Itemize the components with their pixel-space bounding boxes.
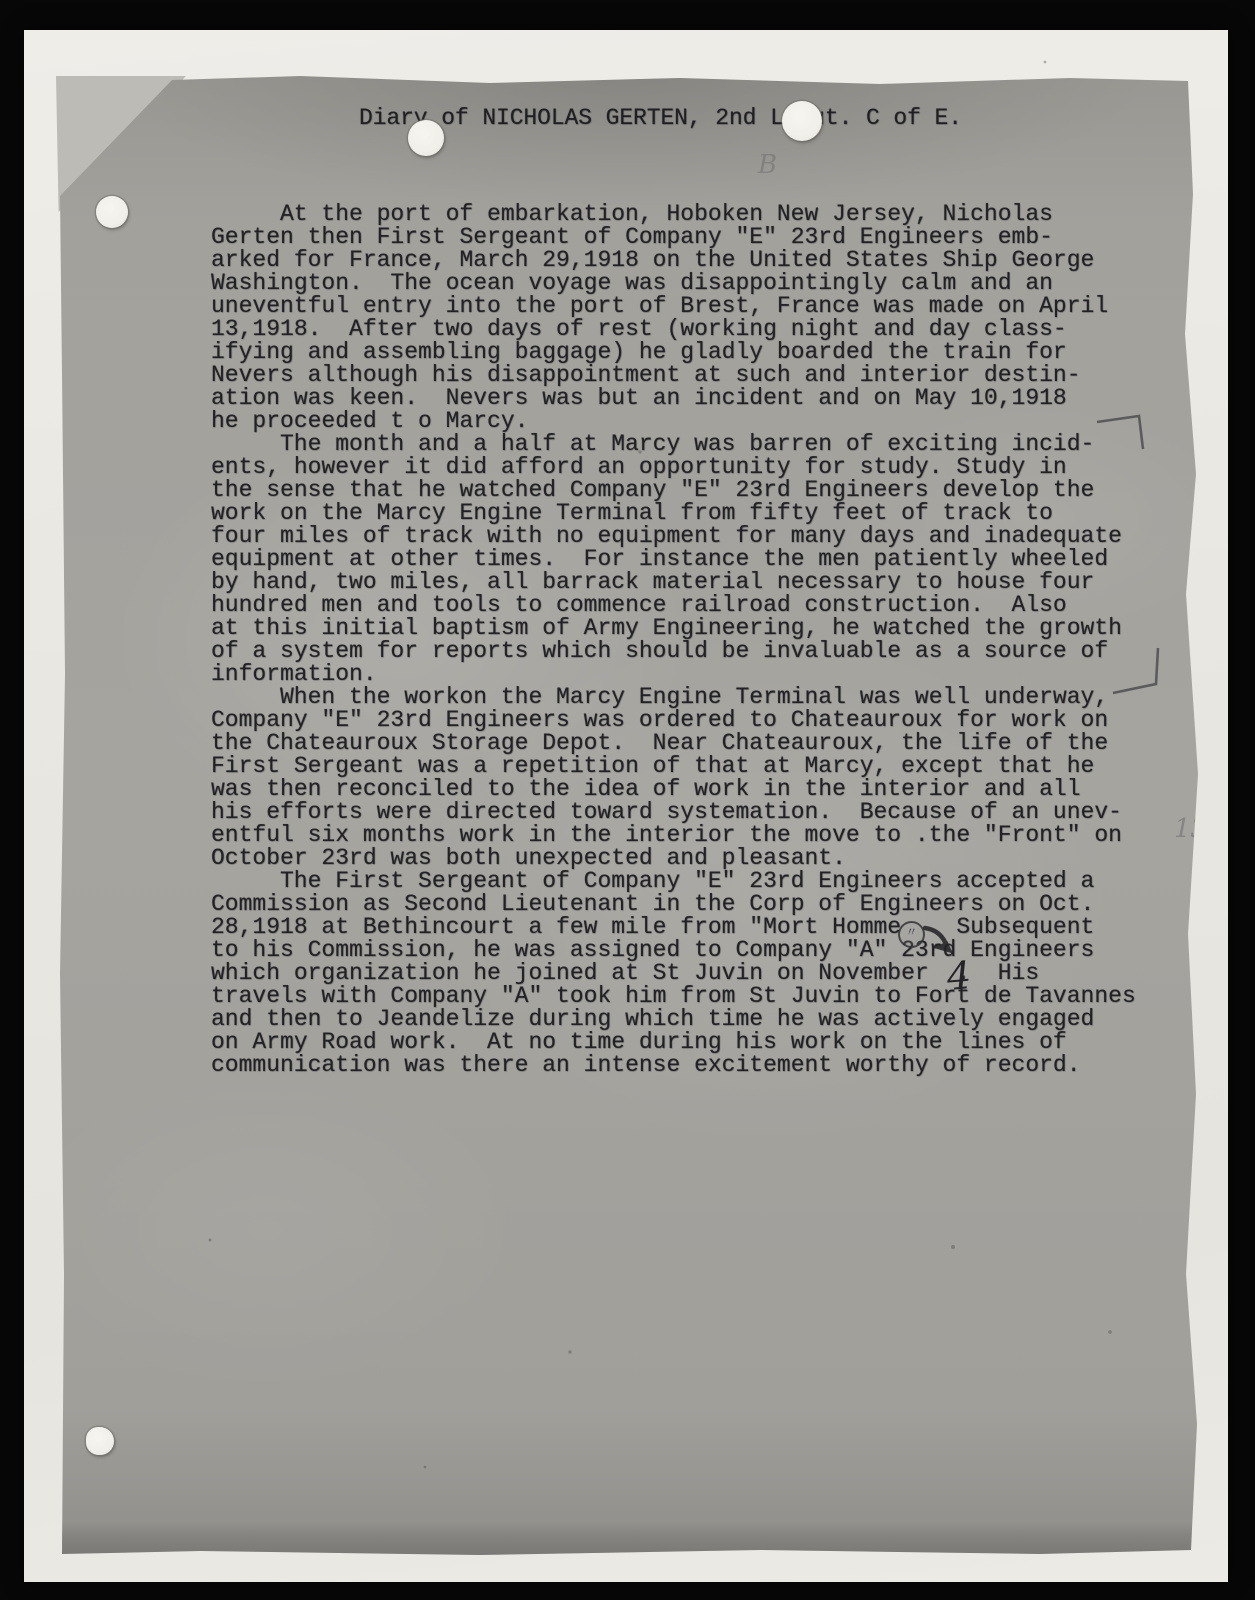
- text-line: ents, however it did afford an opportuni…: [211, 456, 1171, 479]
- text-line: the Chateauroux Storage Depot. Near Chat…: [211, 732, 1171, 755]
- text-line: equipment at other times. For instance t…: [211, 548, 1171, 571]
- text-line: At the port of embarkation, Hoboken New …: [211, 203, 1171, 226]
- text-line: arked for France, March 29,1918 on the U…: [211, 249, 1171, 272]
- page-bottom-shadow: [60, 1522, 1198, 1556]
- text-line: The month and a half at Marcy was barren…: [211, 433, 1171, 456]
- text-line: by hand, two miles, all barrack material…: [211, 571, 1171, 594]
- text-line: which organization he joined at St Juvin…: [211, 962, 1171, 985]
- text-line: October 23rd was both unexpected and ple…: [211, 847, 1171, 870]
- paragraph: When the workon the Marcy Engine Termina…: [211, 686, 1171, 870]
- text-line: Commission as Second Lieutenant in the C…: [211, 893, 1171, 916]
- text-line: his efforts were directed toward systema…: [211, 801, 1171, 824]
- text-line: ifying and assembling baggage) he gladly…: [211, 341, 1171, 364]
- text-line: at this initial baptism of Army Engineer…: [211, 617, 1171, 640]
- text-line: four miles of track with no equipment fo…: [211, 525, 1171, 548]
- paragraph: The First Sergeant of Company "E" 23rd E…: [211, 870, 1171, 1077]
- circled-quote-mark: 〃: [898, 921, 925, 948]
- text-line: ation was keen. Nevers was but an incide…: [211, 387, 1171, 410]
- document-body: At the port of embarkation, Hoboken New …: [211, 203, 1171, 1077]
- text-line: The First Sergeant of Company "E" 23rd E…: [211, 870, 1171, 893]
- text-line: on Army Road work. At no time during his…: [211, 1031, 1171, 1054]
- text-line: he proceeded t o Marcy.: [211, 410, 1171, 433]
- text-line: Washington. The ocean voyage was disappo…: [211, 272, 1171, 295]
- text-line: entful six months work in the interior t…: [211, 824, 1171, 847]
- punch-hole: [86, 1427, 114, 1455]
- punch-hole: [408, 120, 444, 156]
- punch-hole: [782, 101, 822, 141]
- text-line: information.: [211, 663, 1171, 686]
- text-line: was then reconciled to the idea of work …: [211, 778, 1171, 801]
- punch-hole: [96, 196, 128, 228]
- text-line: to his Commission, he was assigned to Co…: [211, 939, 1171, 962]
- scanned-document: Diary of NICHOLAS GERTEN, 2nd Lieut. C o…: [0, 0, 1255, 1600]
- text-line: communication was there an intense excit…: [211, 1054, 1171, 1077]
- text-line: work on the Marcy Engine Terminal from f…: [211, 502, 1171, 525]
- pencil-mark-top: B: [758, 150, 777, 180]
- text-line: Nevers although his disappointment at su…: [211, 364, 1171, 387]
- document-title: Diary of NICHOLAS GERTEN, 2nd Lieut. C o…: [359, 107, 962, 130]
- text-line: hundred men and tools to commence railro…: [211, 594, 1171, 617]
- text-line: and then to Jeandelize during which time…: [211, 1008, 1171, 1031]
- paragraph: At the port of embarkation, Hoboken New …: [211, 203, 1171, 433]
- text-line: 28,1918 at Bethincourt a few mile from "…: [211, 916, 1171, 939]
- text-line: 13,1918. After two days of rest (working…: [211, 318, 1171, 341]
- text-line: First Sergeant was a repetition of that …: [211, 755, 1171, 778]
- text-line: travels with Company "A" took him from S…: [211, 985, 1171, 1008]
- text-line: Gerten then First Sergeant of Company "E…: [211, 226, 1171, 249]
- document-page: Diary of NICHOLAS GERTEN, 2nd Lieut. C o…: [60, 74, 1198, 1556]
- text-line: uneventful entry into the port of Brest,…: [211, 295, 1171, 318]
- text-line: of a system for reports which should be …: [211, 640, 1171, 663]
- text-line: the sense that he watched Company "E" 23…: [211, 479, 1171, 502]
- text-line: When the workon the Marcy Engine Termina…: [211, 686, 1171, 709]
- text-line: Company "E" 23rd Engineers was ordered t…: [211, 709, 1171, 732]
- paragraph: The month and a half at Marcy was barren…: [211, 433, 1171, 686]
